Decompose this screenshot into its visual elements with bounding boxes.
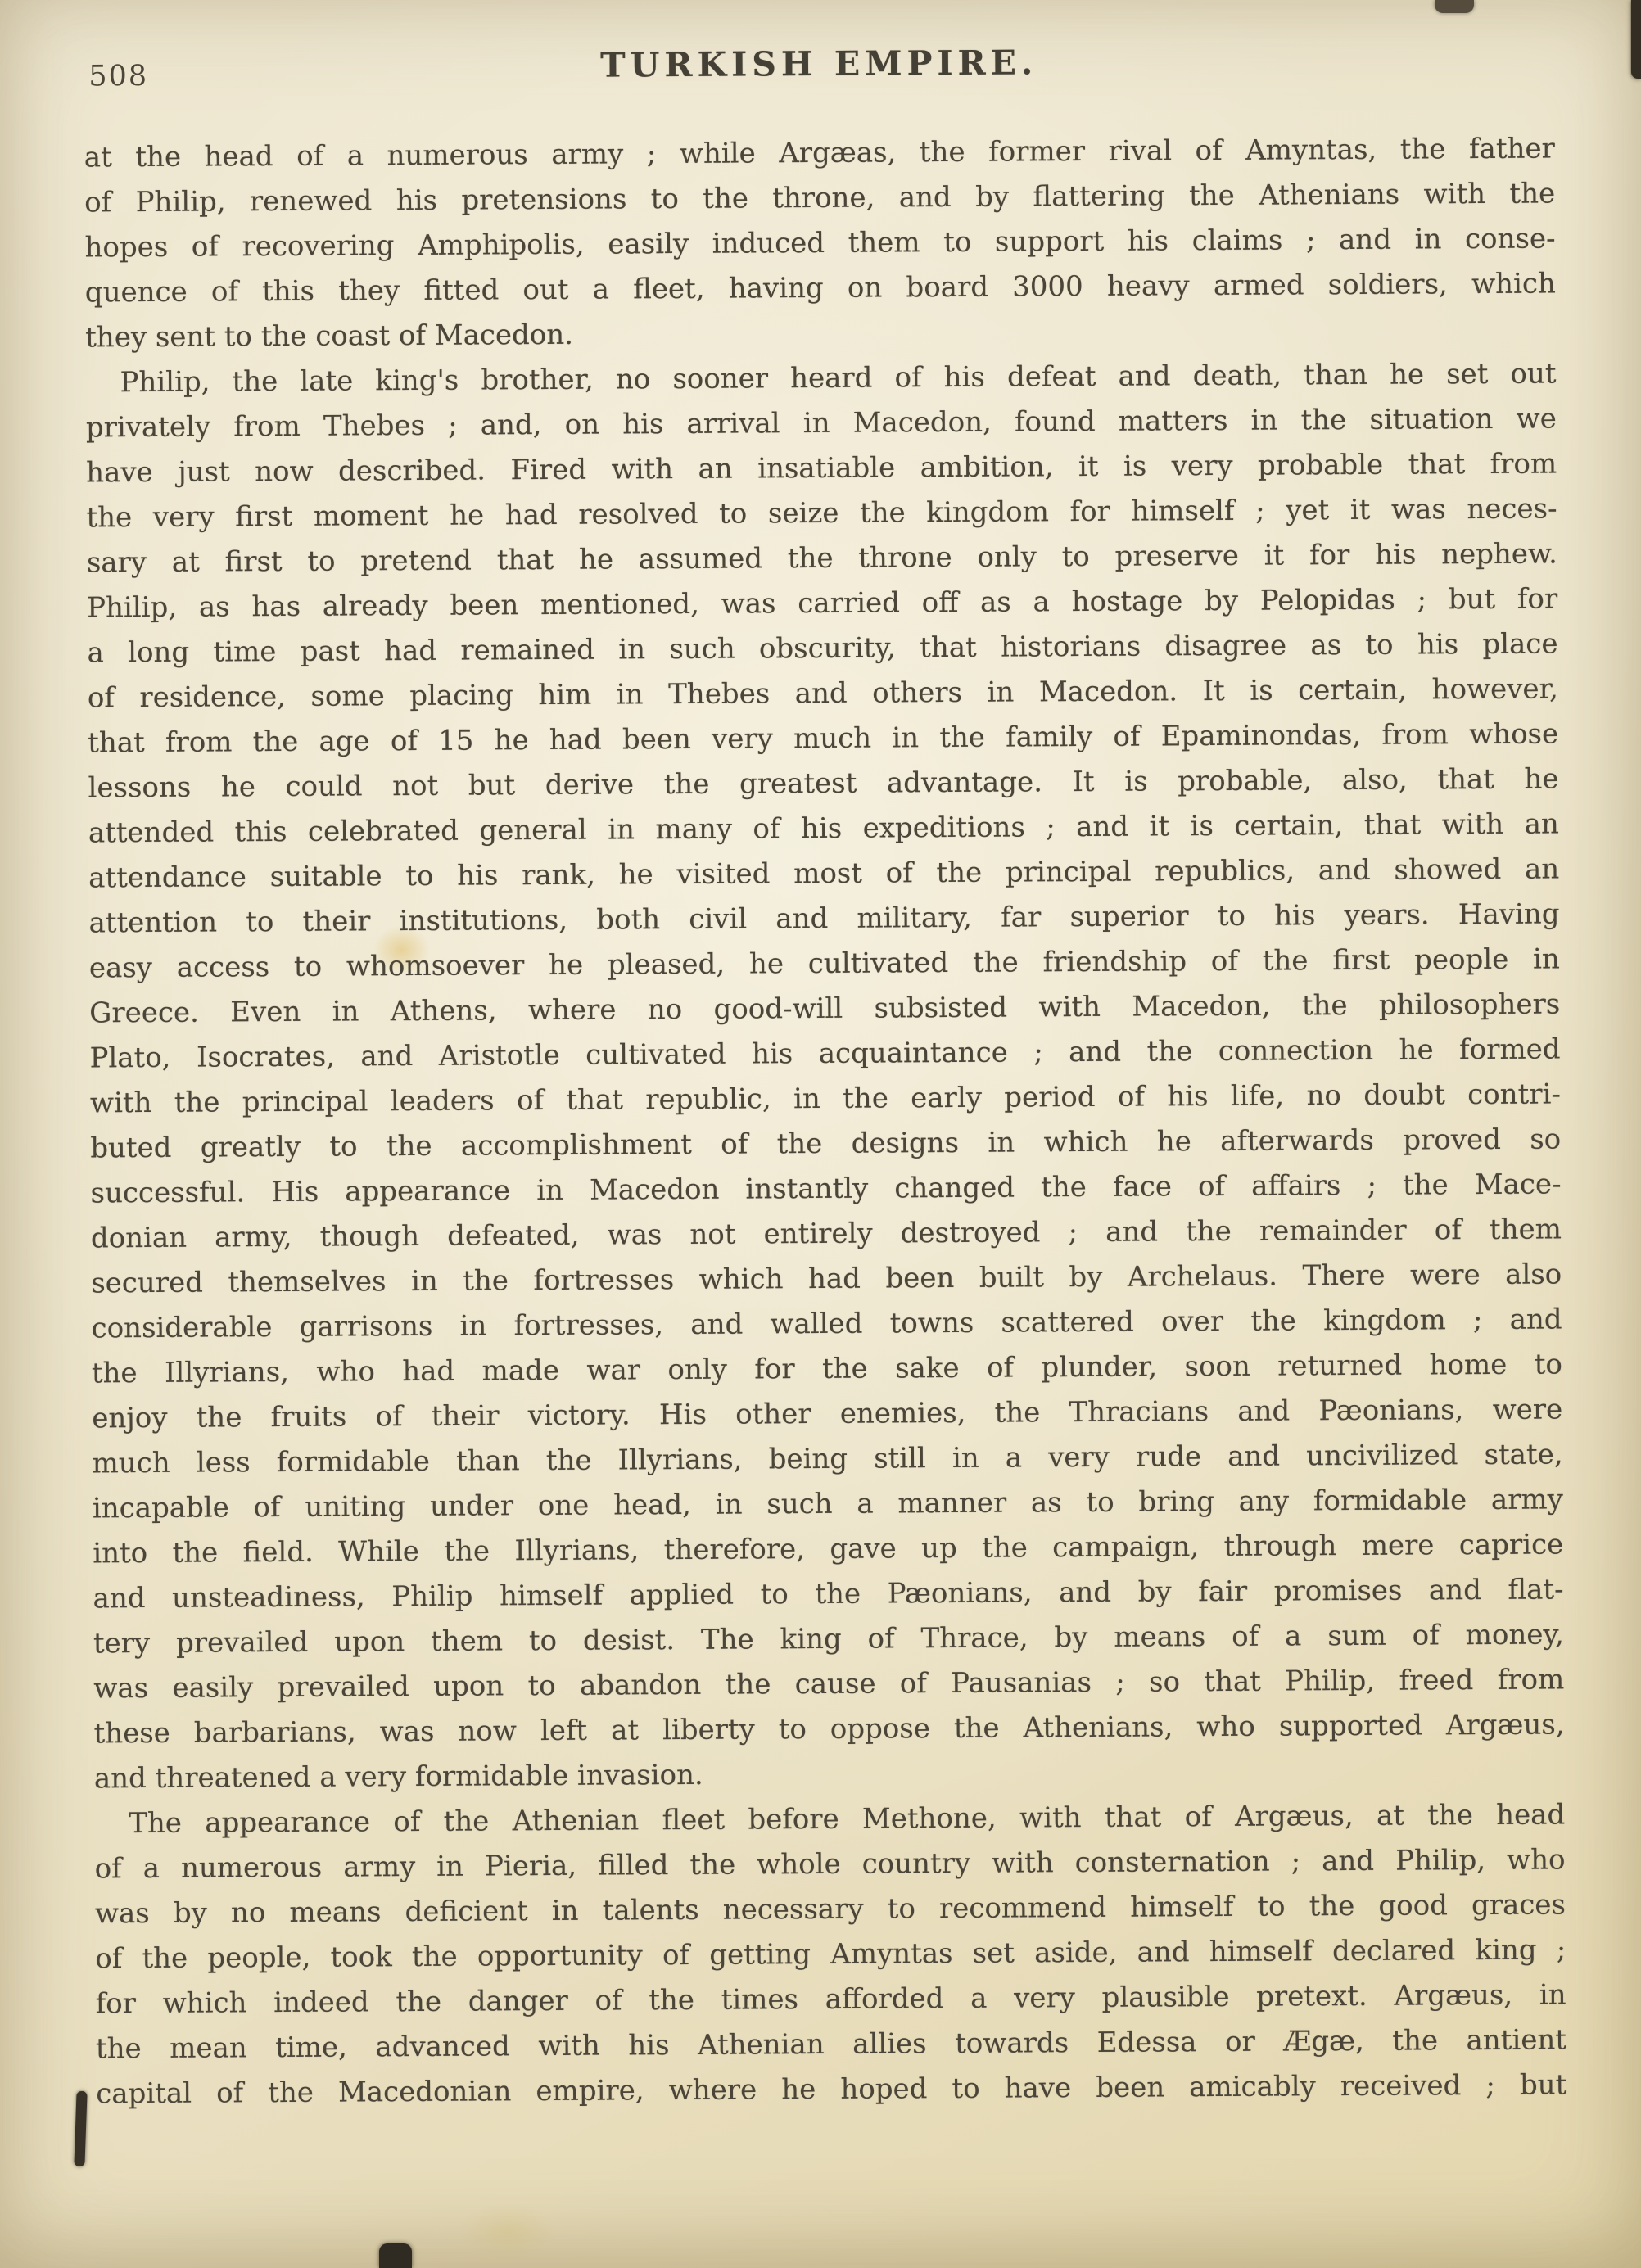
paragraph: at the head of a numerous army ; while A… xyxy=(84,127,1557,361)
running-title: TURKISH EMPIRE. xyxy=(84,40,1554,88)
paragraph: The appearance of the Athenian fleet bef… xyxy=(94,1792,1566,2117)
text-line: capital of the Macedonian empire, where … xyxy=(96,2062,1566,2117)
page-header: 508 TURKISH EMPIRE. xyxy=(84,34,1554,105)
text-line: quence of this they fitted out a fleet, … xyxy=(85,262,1556,316)
text-line: these barbarians, was now left at libert… xyxy=(93,1702,1564,1756)
page-body: at the head of a numerous army ; while A… xyxy=(84,127,1567,2117)
scan-ink-mark-artifact xyxy=(379,2243,412,2268)
paragraph: Philip, the late king's brother, no soon… xyxy=(85,352,1565,1802)
paper-stain xyxy=(459,2202,557,2260)
page-content: 508 TURKISH EMPIRE. at the head of a num… xyxy=(0,0,1641,2117)
book-page: 508 TURKISH EMPIRE. at the head of a num… xyxy=(0,0,1641,2268)
